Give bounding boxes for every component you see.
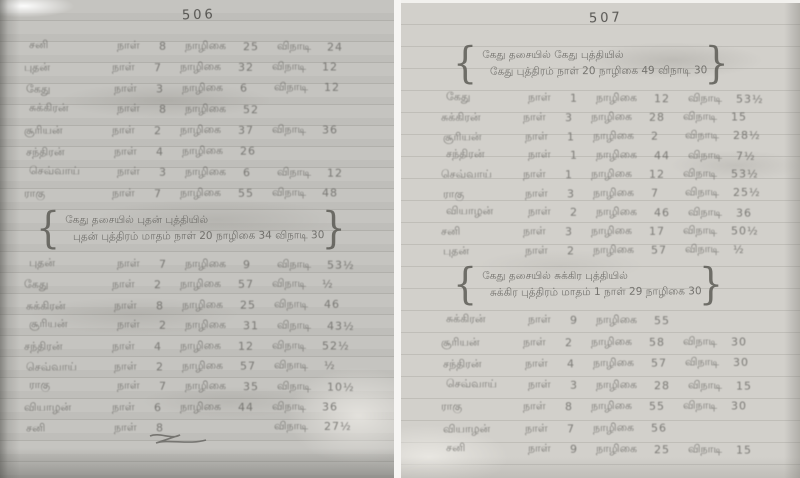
planet-name: செவ்வாய்: [29, 164, 117, 179]
vinadi-value: 48: [322, 186, 366, 199]
manuscript-page-left: 506 சனிநாள்8நாழிகை25விநாடி24புதன்நாள்7நா…: [0, 0, 394, 478]
entry-row: சனிநாள்8நாழிகை25விநாடி24: [29, 35, 389, 58]
day-value: 3: [159, 166, 185, 179]
nazhigai-label: நாழிகை: [593, 129, 651, 145]
day-value: 1: [570, 92, 596, 105]
nazhigai-label: நாழிகை: [182, 358, 240, 374]
day-value: 2: [156, 360, 182, 373]
planet-name: செவ்வாய்: [446, 377, 528, 392]
nazhigai-value: 25: [243, 40, 277, 53]
nazhigai-label: நாழிகை: [593, 356, 651, 372]
day-label: நாள்: [523, 224, 565, 239]
planet-name: சூரியன்: [24, 123, 112, 138]
nazhigai-label: நாழிகை: [180, 186, 238, 201]
nazhigai-value: 55: [238, 187, 272, 200]
vinadi-value: 10½: [327, 381, 371, 394]
entry-row: சந்திரன்நாள்4நாழிகை57விநாடி30: [443, 351, 793, 376]
bhukti-header-block: {கேது தசையில் புதன் புத்தியில்புதன் புத்…: [36, 208, 386, 248]
planet-name: சுக்கிரன்: [29, 101, 117, 116]
entry-row: வியாழன்நாள்7நாழிகை56: [443, 416, 793, 441]
day-label: நாள்: [112, 60, 154, 75]
bhukti-header-line: கேது தசையில் சுக்கிர புத்தியில்: [482, 270, 694, 283]
planet-name: சூரியன்: [29, 317, 117, 332]
vinadi-value: 36: [736, 207, 780, 220]
planet-name: வியாழன்: [446, 204, 528, 219]
bhukti-header-line: புதன் புத்திரம் மாதம் நாள் 20 நாழிகை 34 …: [73, 229, 324, 244]
entry-row: சந்திரன்நாள்1நாழிகை44விநாடி7½: [446, 145, 796, 166]
nazhigai-value: 32: [238, 61, 272, 74]
nazhigai-label: நாழிகை: [596, 205, 654, 220]
vinadi-value: 43½: [327, 319, 371, 332]
entry-row: சூரியன்நாள்2நாழிகை58விநாடி30: [441, 331, 791, 354]
vinadi-value: 53½: [731, 167, 775, 180]
nazhigai-label: நாழிகை: [596, 378, 654, 393]
entries-section: புதன்நாள்7நாழிகை9விநாடி53½கேதுநாள்2நாழிக…: [26, 254, 386, 438]
nazhigai-label: நாழிகை: [180, 60, 238, 75]
nazhigai-label: நாழிகை: [596, 91, 654, 106]
bhukti-header-line: கேது தசையில் கேது புத்தியில்: [482, 49, 699, 62]
day-label: நாள்: [117, 317, 159, 332]
vinadi-label: விநாடி: [277, 165, 327, 180]
day-value: 7: [567, 422, 593, 435]
nazhigai-label: நாழிகை: [185, 257, 243, 272]
day-label: நாள்: [114, 359, 156, 374]
nazhigai-label: நாழிகை: [596, 442, 654, 457]
day-value: 1: [570, 149, 596, 162]
vinadi-value: 12: [322, 60, 366, 73]
day-label: நாள்: [523, 335, 565, 350]
entry-row: சுக்கிரன்நாள்9நாழிகை55: [446, 309, 796, 332]
bhukti-header-block: {கேது தசையில் சுக்கிர புத்தியில்சுக்கிர …: [453, 264, 793, 304]
nazhigai-value: 52: [243, 103, 277, 116]
planet-name: சந்திரன்: [446, 147, 528, 162]
vinadi-label: விநாடி: [272, 277, 322, 292]
day-value: 2: [570, 206, 596, 219]
nazhigai-value: 55: [654, 314, 688, 327]
vinadi-label: விநாடி: [272, 338, 322, 353]
entry-row: வியாழன்நாள்6நாழிகை44விநாடி36: [24, 396, 384, 418]
vinadi-value: 15: [736, 444, 780, 457]
day-label: நாள்: [528, 205, 570, 220]
nazhigai-label: நாழிகை: [185, 102, 243, 117]
nazhigai-label: நாழிகை: [180, 338, 238, 353]
nazhigai-value: 57: [240, 359, 274, 372]
nazhigai-label: நாழிகை: [185, 379, 243, 394]
nazhigai-label: நாழிகை: [185, 318, 243, 333]
day-value: 7: [154, 61, 180, 74]
planet-name: ராகு: [24, 186, 112, 201]
vinadi-label: விநாடி: [683, 167, 731, 182]
manuscript-scan: 506 சனிநாள்8நாழிகை25விநாடி24புதன்நாள்7நா…: [0, 0, 800, 478]
planet-name: புதன்: [29, 256, 117, 271]
vinadi-label: விநாடி: [685, 128, 733, 143]
bhukti-header-line: கேது தசையில் புதன் புத்தியில்: [65, 214, 316, 227]
manuscript-page-right: 507 {கேது தசையில் கேது புத்தியில்கேது பு…: [401, 0, 800, 478]
day-label: நாள்: [112, 338, 154, 353]
day-value: 1: [565, 168, 591, 181]
vinadi-label: விநாடி: [683, 334, 731, 349]
nazhigai-label: நாழிகை: [182, 144, 240, 160]
entry-row: சந்திரன்நாள்4நாழிகை26: [26, 139, 386, 163]
entry-row: சனிநாள்9நாழிகை25விநாடி15: [446, 438, 796, 461]
entries-section: சுக்கிரன்நாள்9நாழிகை55சூரியன்நாள்2நாழிகை…: [443, 310, 793, 461]
planet-name: சனி: [26, 421, 114, 437]
vinadi-value: 12: [324, 81, 368, 94]
day-label: நாள்: [523, 167, 565, 182]
nazhigai-value: 31: [243, 319, 277, 332]
planet-name: கேது: [24, 277, 112, 292]
day-label: நாள்: [525, 186, 567, 201]
nazhigai-value: 26: [240, 144, 274, 157]
entry-row: புதன்நாள்7நாழிகை9விநாடி53½: [29, 253, 389, 275]
planet-name: சனி: [29, 38, 117, 53]
nazhigai-label: நாழிகை: [591, 335, 649, 350]
day-label: நாள்: [114, 81, 156, 96]
day-label: நாள்: [112, 277, 154, 292]
bhukti-header-line: கேது புத்திரம் நாள் 20 நாழிகை 49 விநாடி …: [490, 64, 707, 79]
vinadi-label: விநாடி: [688, 205, 736, 220]
vinadi-value: 24: [327, 41, 371, 54]
vinadi-label: விநாடி: [683, 110, 731, 125]
bhukti-header-line: சுக்கிர புத்திரம் மாதம் 1 நாள் 29 நாழிகை…: [490, 285, 702, 299]
day-value: 7: [159, 380, 185, 393]
day-value: 2: [154, 124, 180, 137]
vinadi-label: விநாடி: [272, 122, 322, 137]
page-right-content: {கேது தசையில் கேது புத்தியில்கேது புத்தி…: [443, 39, 793, 461]
vinadi-value: 28½: [733, 129, 777, 142]
day-value: 1: [567, 130, 593, 143]
day-label: நாள்: [525, 357, 567, 372]
nazhigai-value: 25: [240, 298, 274, 311]
planet-name: ராகு: [29, 378, 117, 393]
day-value: 7: [154, 187, 180, 200]
planet-name: புதன்: [24, 60, 112, 75]
nazhigai-value: 57: [651, 357, 685, 370]
vinadi-label: விநாடி: [683, 399, 731, 414]
nazhigai-label: நாழிகை: [593, 186, 651, 202]
vinadi-value: 30: [731, 400, 775, 413]
nazhigai-label: நாழிகை: [185, 165, 243, 180]
planet-name: சூரியன்: [441, 335, 523, 350]
planet-name: ராகு: [443, 187, 525, 203]
vinadi-label: விநாடி: [272, 59, 322, 74]
entry-row: கேதுநாள்2நாழிகை57விநாடி½: [24, 274, 384, 296]
planet-name: சுக்கிரன்: [26, 298, 114, 314]
entry-row: புதன்நாள்7நாழிகை32விநாடி12: [24, 56, 384, 79]
nazhigai-value: 9: [243, 258, 277, 271]
day-value: 8: [159, 103, 185, 116]
planet-name: வியாழன்: [24, 400, 112, 415]
planet-name: செவ்வாய்: [26, 359, 114, 375]
bhukti-header-lines: கேது தசையில் கேது புத்தியில்கேது புத்திர…: [477, 43, 704, 83]
vinadi-label: விநாடி: [683, 224, 731, 239]
vinadi-label: விநாடி: [272, 399, 322, 414]
day-label: நாள்: [525, 243, 567, 258]
nazhigai-value: 6: [243, 166, 277, 179]
entry-row: சூரியன்நாள்2நாழிகை31விநாடி43½: [29, 314, 389, 336]
day-label: நாள்: [117, 102, 159, 117]
nazhigai-value: 56: [651, 421, 685, 434]
vinadi-value: 12: [327, 167, 371, 180]
vinadi-label: விநாடி: [685, 355, 733, 370]
vinadi-value: ½: [324, 358, 368, 371]
day-value: 8: [159, 40, 185, 53]
entry-row: சுக்கிரன்நாள்3நாழிகை28விநாடி15: [441, 107, 791, 128]
day-value: 7: [159, 257, 185, 270]
vinadi-value: 27½: [324, 419, 368, 432]
page-left-content: சனிநாள்8நாழிகை25விநாடி24புதன்நாள்7நாழிகை…: [26, 36, 386, 438]
day-label: நாள்: [525, 129, 567, 144]
entry-row: சூரியன்நாள்1நாழிகை2விநாடி28½: [443, 125, 793, 147]
vinadi-label: விநாடி: [274, 80, 324, 95]
day-label: நாள்: [117, 256, 159, 271]
vinadi-value: 15: [736, 379, 780, 392]
day-label: நாள்: [523, 110, 565, 125]
day-value: 4: [156, 145, 182, 158]
nazhigai-value: 58: [649, 335, 683, 348]
day-value: 8: [565, 400, 591, 413]
day-value: 4: [154, 339, 180, 352]
day-label: நாள்: [117, 165, 159, 180]
vinadi-value: 15: [731, 110, 775, 123]
nazhigai-value: 57: [651, 243, 685, 256]
nazhigai-label: நாழிகை: [591, 224, 649, 239]
nazhigai-label: நாழிகை: [182, 81, 240, 97]
page-number-left: 506: [182, 7, 216, 23]
nazhigai-label: நாழிகை: [185, 39, 243, 54]
nazhigai-label: நாழிகை: [593, 420, 651, 436]
vinadi-label: விநாடி: [272, 185, 322, 200]
day-label: நாள்: [525, 421, 567, 436]
vinadi-label: விநாடி: [688, 148, 736, 163]
nazhigai-value: 25: [654, 443, 688, 456]
day-value: 3: [565, 225, 591, 238]
entry-row: வியாழன்நாள்2நாழிகை46விநாடி36: [446, 202, 796, 223]
vinadi-label: விநாடி: [277, 257, 327, 272]
vinadi-label: விநாடி: [274, 419, 324, 434]
planet-name: சனி: [441, 224, 523, 239]
entry-row: செவ்வாய்நாள்1நாழிகை12விநாடி53½: [441, 164, 791, 185]
nazhigai-value: 28: [654, 379, 688, 392]
nazhigai-value: 17: [649, 225, 683, 238]
vinadi-value: 53½: [736, 93, 780, 106]
nazhigai-value: 57: [238, 278, 272, 291]
nazhigai-value: 6: [240, 81, 274, 94]
nazhigai-value: 46: [654, 206, 688, 219]
planet-name: சந்திரன்: [24, 339, 112, 354]
nazhigai-label: நாழிகை: [596, 313, 654, 328]
day-value: 3: [565, 111, 591, 124]
day-label: நாள்: [112, 186, 154, 201]
vinadi-label: விநாடி: [688, 378, 736, 393]
vinadi-value: 36: [322, 123, 366, 136]
entry-row: செவ்வாய்நாள்3நாழிகை6விநாடி12: [29, 161, 389, 184]
day-value: 3: [567, 187, 593, 200]
entry-row: கேதுநாள்1நாழிகை12விநாடி53½: [446, 88, 796, 109]
entries-section: கேதுநாள்1நாழிகை12விநாடி53½சுக்கிரன்நாள்3…: [443, 89, 793, 260]
day-value: 3: [570, 378, 596, 391]
entry-row: சந்திரன்நாள்4நாழிகை12விநாடி52½: [24, 335, 384, 357]
vinadi-value: ½: [322, 277, 366, 290]
planet-name: செவ்வாய்: [441, 167, 523, 182]
day-value: 2: [154, 278, 180, 291]
entry-row: கேதுநாள்3நாழிகை6விநாடி12: [26, 76, 386, 100]
vinadi-value: 30: [731, 335, 775, 348]
opening-brace-glyph: {: [453, 41, 477, 86]
planet-name: ராகு: [441, 400, 523, 415]
vinadi-label: விநாடி: [277, 379, 327, 394]
planet-name: சந்திரன்: [26, 145, 114, 161]
entry-row: சுக்கிரன்நாள்8நாழிகை25விநாடி46: [26, 293, 386, 317]
vinadi-value: 52½: [322, 339, 366, 352]
vinadi-value: ½: [733, 243, 777, 256]
vinadi-label: விநாடி: [274, 358, 324, 373]
vinadi-label: விநாடி: [274, 296, 324, 311]
vinadi-label: விநாடி: [277, 39, 327, 54]
nazhigai-value: 44: [238, 400, 272, 413]
day-value: 2: [565, 336, 591, 349]
nazhigai-label: நாழிகை: [591, 399, 649, 414]
day-label: நாள்: [117, 379, 159, 394]
vinadi-value: 7½: [736, 150, 780, 163]
nazhigai-value: 12: [238, 339, 272, 352]
page-seam: [394, 0, 401, 478]
entry-row: புதன்நாள்2நாழிகை57விநாடி½: [443, 239, 793, 261]
entry-row: ராகுநாள்7நாழிகை55விநாடி48: [24, 182, 384, 205]
closing-brace-glyph: }: [704, 41, 728, 86]
day-value: 6: [154, 401, 180, 414]
nazhigai-value: 28: [649, 111, 683, 124]
day-label: நாள்: [114, 298, 156, 313]
day-value: 9: [570, 314, 596, 327]
vinadi-label: விநாடி: [277, 318, 327, 333]
day-label: நாள்: [523, 399, 565, 414]
day-label: நாள்: [112, 123, 154, 138]
day-label: நாள்: [528, 148, 570, 163]
planet-name: புதன்: [443, 244, 525, 260]
bhukti-header-lines: கேது தசையில் புதன் புத்தியில்புதன் புத்த…: [60, 208, 321, 248]
vinadi-label: விநாடி: [688, 91, 736, 106]
day-label: நாள்: [528, 91, 570, 106]
day-value: 2: [159, 319, 185, 332]
nazhigai-label: நாழிகை: [596, 148, 654, 163]
planet-name: சந்திரன்: [443, 357, 525, 373]
entry-row: செவ்வாய்நாள்3நாழிகை28விநாடி15: [446, 374, 796, 397]
nazhigai-label: நாழிகை: [593, 243, 651, 259]
day-value: 9: [570, 443, 596, 456]
day-value: 2: [567, 244, 593, 257]
vinadi-value: 50½: [731, 224, 775, 237]
nazhigai-label: [182, 427, 240, 428]
entry-row: சூரியன்நாள்2நாழிகை37விநாடி36: [24, 119, 384, 142]
day-label: நாள்: [112, 400, 154, 415]
nazhigai-label: நாழிகை: [591, 167, 649, 182]
closing-brace-glyph: }: [699, 262, 723, 307]
closing-brace-glyph: }: [322, 206, 346, 251]
entry-row: ராகுநாள்7நாழிகை35விநாடி10½: [29, 375, 389, 397]
nazhigai-value: 44: [654, 149, 688, 162]
planet-name: சுக்கிரன்: [441, 110, 523, 125]
day-label: நாள்: [117, 39, 159, 54]
page-number-right: 507: [589, 10, 623, 26]
day-value: 8: [156, 299, 182, 312]
planet-name: சுக்கிரன்: [446, 312, 528, 327]
nazhigai-label: நாழிகை: [180, 123, 238, 138]
opening-brace-glyph: {: [36, 206, 60, 251]
planet-name: கேது: [26, 82, 114, 98]
nazhigai-value: 7: [651, 186, 685, 199]
vinadi-value: 53½: [327, 258, 371, 271]
nazhigai-label: நாழிகை: [180, 277, 238, 292]
entry-row: ராகுநாள்3நாழிகை7விநாடி25½: [443, 182, 793, 204]
planet-name: சனி: [446, 441, 528, 456]
nazhigai-label: நாழிகை: [180, 399, 238, 414]
nazhigai-label: நாழிகை: [591, 110, 649, 125]
nazhigai-value: 37: [238, 124, 272, 137]
entry-row: சுக்கிரன்நாள்8நாழிகை52: [29, 98, 389, 121]
nazhigai-value: 12: [649, 168, 683, 181]
vinadi-label: விநாடி: [685, 242, 733, 257]
vinadi-label: விநாடி: [688, 443, 736, 458]
entries-section: சனிநாள்8நாழிகை25விநாடி24புதன்நாள்7நாழிகை…: [26, 36, 386, 204]
nazhigai-label: நாழிகை: [182, 297, 240, 313]
vinadi-value: 46: [324, 297, 368, 310]
planet-name: கேது: [446, 90, 528, 105]
bhukti-header-block: {கேது தசையில் கேது புத்தியில்கேது புத்தி…: [453, 43, 793, 83]
vinadi-value: 25½: [733, 186, 777, 199]
entry-row: ராகுநாள்8நாழிகை55விநாடி30: [441, 395, 791, 418]
nazhigai-value: 2: [651, 129, 685, 142]
day-value: 4: [567, 357, 593, 370]
day-label: நாள்: [528, 377, 570, 392]
nazhigai-value: 12: [654, 92, 688, 105]
entry-row: சனிநாள்3நாழிகை17விநாடி50½: [441, 221, 791, 242]
planet-name: வியாழன்: [443, 422, 525, 438]
bhukti-header-lines: கேது தசையில் சுக்கிர புத்தியில்சுக்கிர ப…: [477, 264, 699, 304]
day-label: நாள்: [528, 442, 570, 457]
day-value: 3: [156, 82, 182, 95]
opening-brace-glyph: {: [453, 262, 477, 307]
end-flourish-icon: [146, 432, 210, 446]
planet-name: சூரியன்: [443, 130, 525, 146]
nazhigai-value: 55: [649, 400, 683, 413]
vinadi-value: 30: [733, 356, 777, 369]
day-label: நாள்: [114, 144, 156, 159]
vinadi-label: விநாடி: [685, 185, 733, 200]
day-label: நாள்: [528, 313, 570, 328]
vinadi-value: 36: [322, 400, 366, 413]
nazhigai-value: 35: [243, 380, 277, 393]
